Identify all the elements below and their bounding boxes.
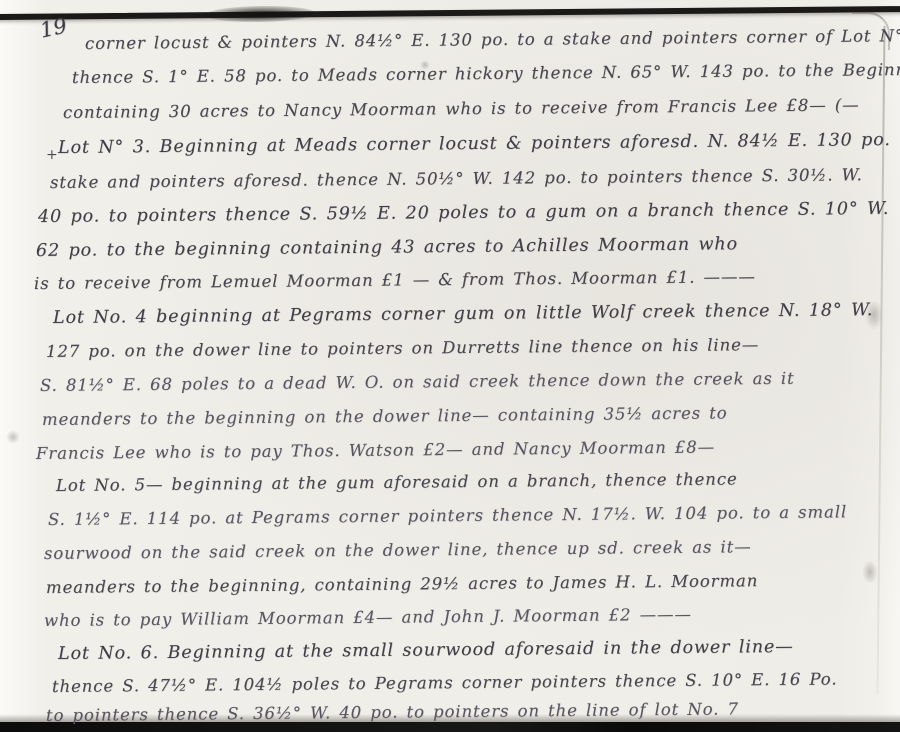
manuscript-line: Lot No. 6. Beginning at the small sourwo… xyxy=(58,637,794,664)
manuscript-line: S. 1½° E. 114 po. at Pegrams corner poin… xyxy=(48,502,847,529)
manuscript-line: meanders to the beginning on the dower l… xyxy=(42,403,728,429)
manuscript-line: corner locust & pointers N. 84½° E. 130 … xyxy=(85,26,900,53)
manuscript-line: Francis Lee who is to pay Thos. Watson £… xyxy=(36,437,715,463)
scanned-manuscript-page: 19 + corner locust & pointers N. 84½° E.… xyxy=(0,0,900,732)
manuscript-line: stake and pointers aforesd. thence N. 50… xyxy=(50,165,863,192)
manuscript-line: 40 po. to pointers thence S. 59½ E. 20 p… xyxy=(38,199,890,227)
margin-mark: + xyxy=(46,147,58,163)
manuscript-line: 127 po. on the dower line to pointers on… xyxy=(46,335,759,361)
manuscript-line: 62 po. to the beginning containing 43 ac… xyxy=(36,234,738,261)
manuscript-line: is to receive from Lemuel Moorman £1 — &… xyxy=(34,267,756,293)
manuscript-line: meanders to the beginning, containing 29… xyxy=(46,571,758,597)
manuscript-line: Lot N° 3. Beginning at Meads corner locu… xyxy=(58,129,900,158)
manuscript-line: who is to pay William Moorman £4— and Jo… xyxy=(44,605,692,630)
scan-smudge xyxy=(6,430,20,444)
manuscript-line: S. 81½° E. 68 poles to a dead W. O. on s… xyxy=(40,369,795,395)
manuscript-line: thence S. 47½° E. 104½ poles to Pegrams … xyxy=(52,669,838,696)
scan-top-edge xyxy=(0,6,900,20)
page-right-edge xyxy=(877,26,886,694)
manuscript-line: Lot No. 4 beginning at Pegrams corner gu… xyxy=(53,300,874,328)
manuscript-line: containing 30 acres to Nancy Moorman who… xyxy=(63,95,860,122)
scan-smudge xyxy=(862,560,878,584)
manuscript-line: Lot No. 5— beginning at the gum aforesai… xyxy=(56,469,738,495)
scan-ink-blotch xyxy=(205,5,315,23)
page-number: 19 xyxy=(38,13,69,42)
manuscript-line: sourwood on the said creek on the dower … xyxy=(44,537,752,563)
manuscript-line: thence S. 1° E. 58 po. to Meads corner h… xyxy=(72,60,900,87)
